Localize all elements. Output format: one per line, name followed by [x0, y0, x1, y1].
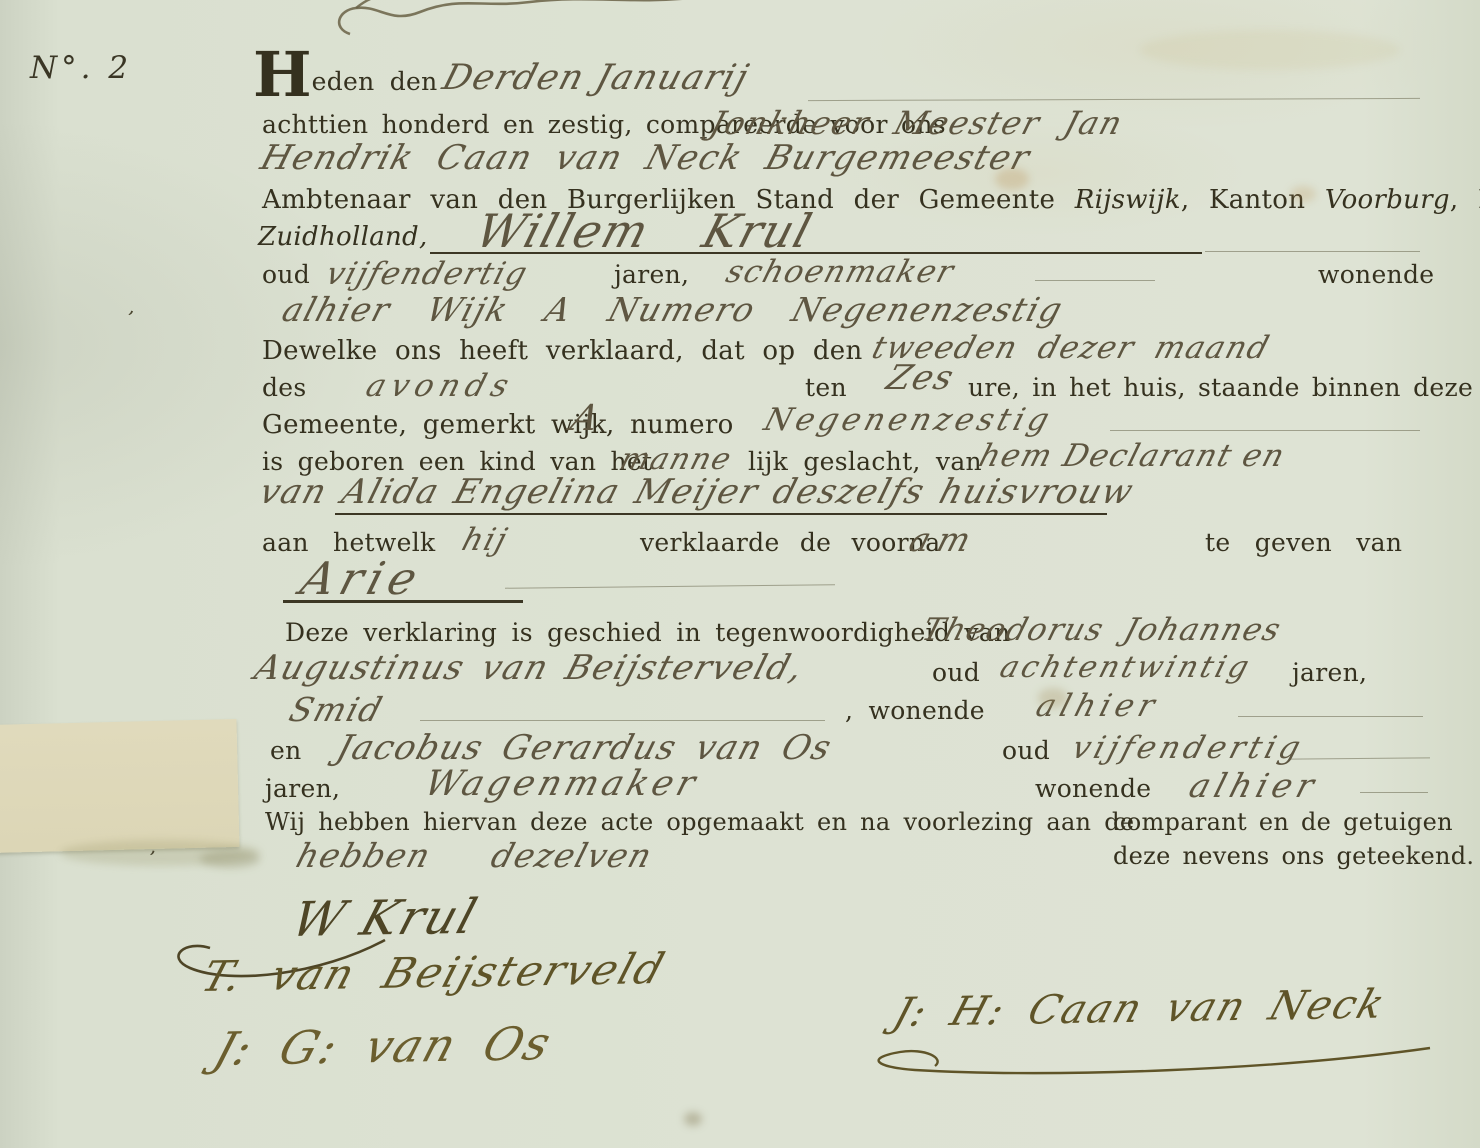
- hw-witness2-residence: alhier: [1185, 766, 1324, 805]
- printed-jaren: jaren,: [614, 260, 689, 289]
- drop-cap-h: H: [253, 38, 312, 111]
- printed-dewelke: Dewelke ons heeft verklaard, dat op den: [262, 336, 863, 366]
- printed-jaren-witness1: jaren,: [1292, 658, 1367, 687]
- printed-des: des: [262, 373, 307, 402]
- hw-hour: Zes: [882, 358, 959, 398]
- hw-daypart: avonds: [362, 368, 519, 404]
- stain: [1140, 30, 1400, 70]
- kanton-name: Voorburg: [1325, 185, 1450, 215]
- printed-closing-1b: comparant en de getuigen: [1113, 808, 1453, 836]
- signature-witness1: T. van Beijsterveld: [196, 944, 672, 1001]
- hw-witness1-name-2: Augustinus van Beijsterveld,: [250, 648, 809, 688]
- stain: [1290, 186, 1316, 202]
- printed-oud: oud: [262, 260, 310, 289]
- hw-hij: hij: [458, 522, 512, 558]
- printed-wonende: wonende: [1318, 260, 1434, 289]
- printed-closing-2b: deze nevens ons geteekend.: [1113, 842, 1474, 870]
- hw-declarant-age: vijfendertig: [322, 256, 532, 292]
- ruled-line: [1238, 716, 1423, 717]
- act-number: N°. 2: [30, 50, 132, 86]
- ruled-line: [420, 720, 825, 721]
- hw-child-name: Arie: [295, 552, 429, 605]
- hw-closing: hebben dezelven: [292, 836, 658, 875]
- printed-oud-witness1: oud: [932, 658, 980, 687]
- ruled-line: [1110, 430, 1420, 431]
- ruled-line: [1035, 280, 1155, 281]
- tape-patch: [0, 719, 240, 853]
- hw-naam-suffix: am: [905, 520, 983, 559]
- underline-child-name: [283, 600, 523, 603]
- hw-witness1-occupation: Smid: [285, 690, 388, 729]
- birth-certificate-scan: N°. 2 Heden den Derden Januarij achttien…: [0, 0, 1480, 1148]
- stain: [995, 168, 1029, 190]
- printed-wonende-witness1: , wonende: [845, 696, 985, 725]
- gemeente-name: Rijswijk: [1075, 185, 1181, 215]
- hw-witness2-name: Jacobus Gerardus van Os: [332, 728, 837, 768]
- hw-declarant-name: Willem Krul: [470, 204, 819, 258]
- signature-witness2: J: G: van Os: [208, 1016, 559, 1076]
- printed-heden-den: Heden den: [253, 52, 438, 98]
- ruled-line: [1360, 792, 1428, 793]
- ruled-line: [808, 98, 1420, 101]
- stain: [1038, 688, 1068, 708]
- hw-declarant-residence: alhier Wijk A Numero Negenenzestig: [278, 290, 1068, 329]
- printed-jaren-witness2: jaren,: [265, 774, 340, 803]
- printed-wonende-witness2: wonende: [1035, 774, 1151, 803]
- hw-witness1-age: achtentwintig: [996, 650, 1256, 685]
- underline-mother-name: [335, 513, 1107, 515]
- kanton-label: , Kanton: [1181, 185, 1305, 215]
- ruled-line: [505, 584, 835, 588]
- printed-ten: ten: [805, 373, 847, 402]
- cutoff-handwriting-flourish: [330, 0, 750, 36]
- hw-declarant-occupation: schoenmaker: [722, 254, 959, 290]
- printed-en: en: [270, 736, 302, 765]
- ruled-line: [1290, 757, 1430, 759]
- printed-witness-intro: Deze verklaring is geschied in tegenwoor…: [285, 618, 1010, 647]
- ruled-line: [1205, 251, 1420, 252]
- printed-verklaarde: verklaarde de voorna: [640, 528, 940, 557]
- heden-rest: eden den: [312, 67, 438, 96]
- hw-house-number: Negenenzestig: [760, 402, 1057, 438]
- printed-provincie-name: Zuidholland,: [258, 222, 428, 252]
- hw-father-reference: hem Declarant en: [975, 438, 1290, 474]
- printed-ure-line: ure, in het huis, staande binnen deze: [968, 373, 1473, 402]
- printed-oud-witness2: oud: [1002, 736, 1050, 765]
- hw-mother-name: van Alida Engelina Meijer deszelfs huisv…: [255, 472, 1139, 512]
- stain: [200, 850, 260, 868]
- hw-official-name-2: Hendrik Caan van Neck Burgemeester: [256, 138, 1035, 178]
- hw-official-name-1: Jonkheer Meester Jan: [706, 104, 1128, 142]
- hw-date: Derden Januarij: [438, 58, 754, 98]
- printed-gemerkt: Gemeente, gemerkt wijk: [262, 410, 607, 440]
- printed-closing-1: Wij hebben hiervan deze acte opgemaakt e…: [265, 808, 1134, 836]
- signature-official-underline: [855, 1040, 1435, 1080]
- printed-numero-label: , numero: [606, 410, 734, 440]
- hw-witness1-name-1: Theodorus Johannes: [918, 612, 1286, 648]
- provincie-label: , Provincie: [1450, 185, 1480, 215]
- stain: [684, 1112, 702, 1126]
- ink-mark: ’: [122, 306, 135, 331]
- hw-witness2-occupation: Wagenmaker: [420, 764, 704, 804]
- signature-official: J: H: Caan van Neck: [888, 982, 1392, 1036]
- hw-witness2-age: vijfendertig: [1068, 730, 1308, 766]
- printed-te-geven: te geven van: [1205, 528, 1402, 557]
